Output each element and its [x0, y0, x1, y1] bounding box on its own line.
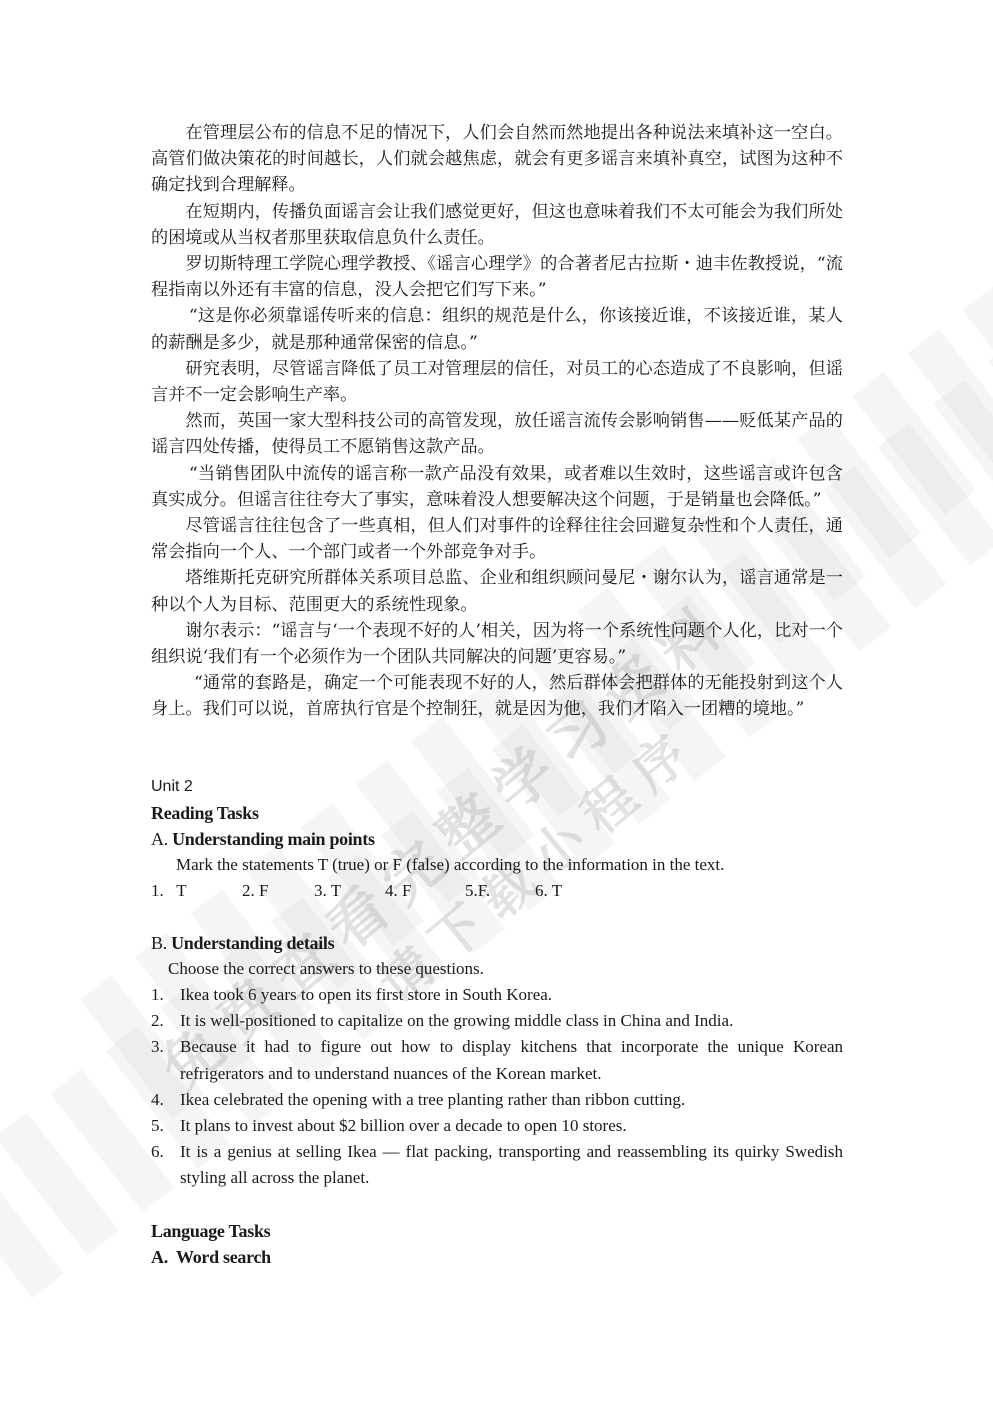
item-number: 2. [151, 1008, 180, 1034]
paragraph: 然而，英国一家大型科技公司的高管发现，放任谣言流传会影响销售——贬低某产品的谣言… [151, 408, 843, 460]
chinese-passage: 在管理层公布的信息不足的情况下，人们会自然而然地提出各种说法来填补这一空白。高管… [151, 120, 843, 723]
section-title: Word search [176, 1247, 271, 1267]
paragraph: “这是你必须靠谣传听来的信息：组织的规范是什么，你该接近谁，不该接近谁，某人的薪… [151, 303, 843, 355]
list-item: 6. It is a genius at selling Ikea — flat… [151, 1139, 843, 1191]
paragraph: 在短期内，传播负面谣言会让我们感觉更好，但这也意味着我们不太可能会为我们所处的困… [151, 199, 843, 251]
paragraph: 塔维斯托克研究所群体关系项目总监、企业和组织顾问曼尼・谢尔认为，谣言通常是一种以… [151, 565, 843, 617]
section-prefix: A. [151, 1247, 168, 1267]
unit-exercises: Unit 2 Reading Tasks A. Understanding ma… [151, 774, 843, 1270]
item-text: It plans to invest about $2 billion over… [180, 1113, 843, 1139]
paragraph: 谢尔表示：“谣言与‘一个表现不好的人’相关，因为将一个系统性问题个人化，比对一个… [151, 618, 843, 670]
word-search-heading: A. Word search [151, 1244, 843, 1270]
answer: 5.F. [465, 878, 535, 904]
paragraph: 罗切斯特理工学院心理学教授、《谣言心理学》的合著者尼古拉斯・迪丰佐教授说，“流程… [151, 251, 843, 303]
answer: 2. F [242, 878, 314, 904]
item-text: Ikea celebrated the opening with a tree … [180, 1087, 843, 1113]
details-answer-list: 1. Ikea took 6 years to open its first s… [151, 982, 843, 1192]
paragraph: 研究表明，尽管谣言降低了员工对管理层的信任，对员工的心态造成了不良影响，但谣言并… [151, 356, 843, 408]
list-item: 3. Because it had to figure out how to d… [151, 1034, 843, 1086]
section-b-heading: B. Understanding details [151, 930, 843, 956]
paragraph: 在管理层公布的信息不足的情况下，人们会自然而然地提出各种说法来填补这一空白。高管… [151, 120, 843, 199]
unit-title: Unit 2 [151, 774, 843, 800]
paragraph: 尽管谣言往往包含了一些真相，但人们对事件的诠释往往会回避复杂性和个人责任，通常会… [151, 513, 843, 565]
answer: 3. T [314, 878, 385, 904]
item-text: It is well-positioned to capitalize on t… [180, 1008, 843, 1034]
paragraph: “通常的套路是，确定一个可能表现不好的人，然后群体会把群体的无能投射到这个人身上… [151, 670, 843, 722]
list-item: 4. Ikea celebrated the opening with a tr… [151, 1087, 843, 1113]
answer: 4. F [385, 878, 465, 904]
section-instruction: Choose the correct answers to these ques… [151, 956, 843, 982]
item-number: 4. [151, 1087, 180, 1113]
section-title: Understanding main points [172, 829, 375, 849]
item-text: It is a genius at selling Ikea — flat pa… [180, 1139, 843, 1191]
answer-row: 1. T 2. F 3. T 4. F 5.F. 6. T [151, 878, 843, 904]
item-number: 1. [151, 982, 180, 1008]
paragraph: “当销售团队中流传的谣言称一款产品没有效果，或者难以生效时，这些谣言或许包含真实… [151, 461, 843, 513]
item-number: 5. [151, 1113, 180, 1139]
language-tasks-heading: Language Tasks [151, 1218, 843, 1244]
item-text: Ikea took 6 years to open its first stor… [180, 982, 843, 1008]
section-title: Understanding details [171, 933, 334, 953]
answer: 6. T [535, 878, 562, 904]
item-number: 3. [151, 1034, 180, 1086]
section-prefix: A. [151, 829, 168, 849]
section-prefix: B. [151, 933, 167, 953]
section-a-heading: A. Understanding main points [151, 826, 843, 852]
list-item: 1. Ikea took 6 years to open its first s… [151, 982, 843, 1008]
item-text: Because it had to figure out how to disp… [180, 1034, 843, 1086]
answer: 1. T [151, 878, 242, 904]
list-item: 5. It plans to invest about $2 billion o… [151, 1113, 843, 1139]
item-number: 6. [151, 1139, 180, 1191]
list-item: 2. It is well-positioned to capitalize o… [151, 1008, 843, 1034]
reading-tasks-heading: Reading Tasks [151, 800, 843, 826]
section-instruction: Mark the statements T (true) or F (false… [151, 852, 843, 878]
